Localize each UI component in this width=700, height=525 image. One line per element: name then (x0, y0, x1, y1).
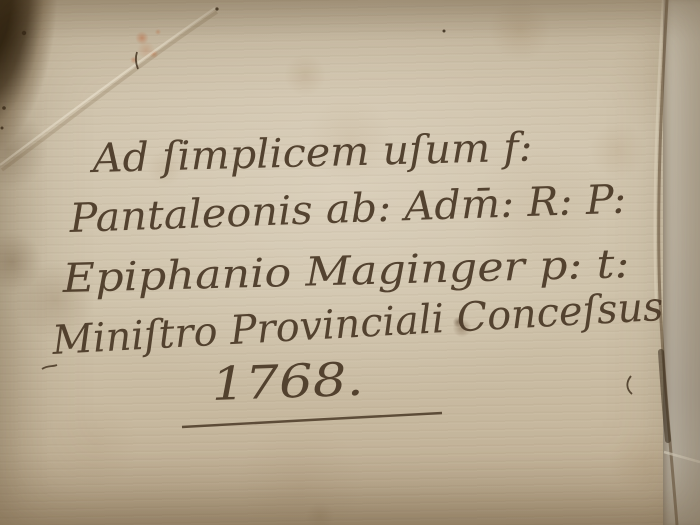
ink-squiggle-left-edge (42, 365, 57, 369)
page-fold-deep-shadow (661, 352, 668, 440)
ink-and-fold-artwork: Ad ſimplicem uſum f: Pantaleonis ab: Adm… (0, 0, 700, 525)
ink-smear (136, 52, 138, 69)
ink-mark-right (627, 376, 632, 394)
ink-underline (182, 413, 442, 427)
inscription-line-2: Pantaleonis ab: Adm̄: R: P: (68, 177, 627, 242)
page-edge-wedge (664, 452, 700, 462)
inscription-year: 1768. (210, 352, 364, 411)
ink-speck (22, 31, 26, 35)
inscription-line-1: Ad ſimplicem uſum f: (88, 124, 533, 182)
inscription: Ad ſimplicem uſum f: Pantaleonis ab: Adm… (50, 124, 665, 427)
ink-speck (215, 7, 218, 10)
ink-speck (1, 127, 4, 130)
book-inscription-photo: Ad ſimplicem uſum f: Pantaleonis ab: Adm… (0, 0, 700, 525)
page-fold-line (659, 0, 677, 525)
ink-speck (443, 30, 446, 33)
ink-speck (2, 106, 6, 110)
